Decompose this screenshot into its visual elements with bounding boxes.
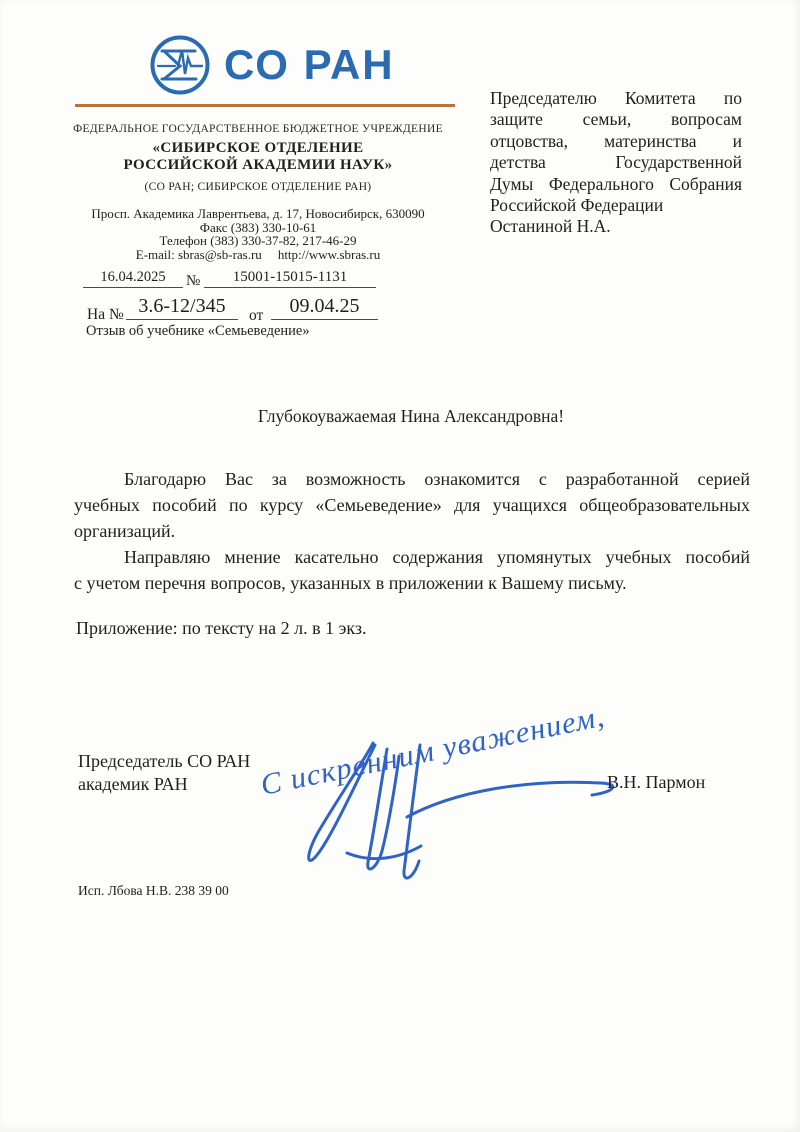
letter-body: Благодарю Вас за возможность ознакомится… xyxy=(74,466,750,596)
soran-logo-icon xyxy=(148,33,212,97)
body-line: с учетом перечня вопросов, указанных в п… xyxy=(74,570,750,596)
attachment-line: Приложение: по тексту на 2 л. в 1 экз. xyxy=(76,618,366,639)
org-type: ФЕДЕРАЛЬНОЕ ГОСУДАРСТВЕННОЕ БЮДЖЕТНОЕ УЧ… xyxy=(68,123,448,136)
body-line: Направляю мнение касательно содержания у… xyxy=(74,544,750,570)
org-phone: Телефон (383) 330-37-82, 217-46-29 xyxy=(68,234,448,248)
executor-line: Исп. Лбова Н.В. 238 39 00 xyxy=(78,883,229,899)
outgoing-number-field: 15001-15015-1131 xyxy=(204,268,376,288)
recipient-block: Председателю Комитета по защите семьи, в… xyxy=(490,88,742,238)
letter-document: СО РАН ФЕДЕРАЛЬНОЕ ГОСУДАРСТВЕННОЕ БЮДЖЕ… xyxy=(0,0,800,1132)
outgoing-date-field: 16.04.2025 xyxy=(83,268,183,288)
org-short-name: (СО РАН; СИБИРСКОЕ ОТДЕЛЕНИЕ РАН) xyxy=(68,181,448,193)
recipient-line: Председателю Комитета по xyxy=(490,88,742,109)
logo-text: СО РАН xyxy=(224,33,395,97)
reply-date-field: 09.04.25 xyxy=(271,295,378,320)
org-email-web: E-mail: sbras@sb-ras.ruhttp://www.sbras.… xyxy=(68,248,448,262)
org-address: Просп. Академика Лаврентьева, д. 17, Нов… xyxy=(68,207,448,221)
signer-name: В.Н. Пармон xyxy=(607,772,705,793)
recipient-line: отцовства, материнства и xyxy=(490,131,742,152)
subject-line: Отзыв об учебнике «Семьеведение» xyxy=(86,323,310,340)
body-line: организаций. xyxy=(74,518,750,544)
handwritten-note: С искренним уважением, xyxy=(258,700,608,802)
body-line: учебных пособий по курсу «Семьеведение» … xyxy=(74,492,750,518)
reply-number-field: 3.6-12/345 xyxy=(126,295,238,320)
body-line: Благодарю Вас за возможность ознакомится… xyxy=(74,466,750,492)
org-email: E-mail: sbras@sb-ras.ru xyxy=(136,247,262,262)
signer-position-line2: академик РАН xyxy=(78,773,250,796)
recipient-line: Останиной Н.А. xyxy=(490,216,742,237)
salutation: Глубокоуважаемая Нина Александровна! xyxy=(76,406,746,427)
recipient-line: детства Государственной xyxy=(490,152,742,173)
signer-position-block: Председатель СО РАН академик РАН xyxy=(78,750,250,796)
recipient-line: Российской Федерации xyxy=(490,195,742,216)
recipient-line: защите семьи, вопросам xyxy=(490,109,742,130)
organization-block: ФЕДЕРАЛЬНОЕ ГОСУДАРСТВЕННОЕ БЮДЖЕТНОЕ УЧ… xyxy=(68,123,448,261)
handwritten-signature: С искренним уважением, xyxy=(235,683,655,883)
org-website: http://www.sbras.ru xyxy=(278,247,380,262)
recipient-line: Думы Федерального Собрания xyxy=(490,174,742,195)
reply-to-label: На № xyxy=(87,306,124,324)
number-label: № xyxy=(186,273,200,290)
signer-position-line1: Председатель СО РАН xyxy=(78,750,250,773)
org-name-line1: «СИБИРСКОЕ ОТДЕЛЕНИЕ xyxy=(68,140,448,157)
org-name-line2: РОССИЙСКОЙ АКАДЕМИИ НАУК» xyxy=(68,157,448,174)
org-fax: Факс (383) 330-10-61 xyxy=(68,221,448,235)
letterhead-logo-row: СО РАН xyxy=(148,33,395,97)
letterhead-divider xyxy=(75,104,455,107)
